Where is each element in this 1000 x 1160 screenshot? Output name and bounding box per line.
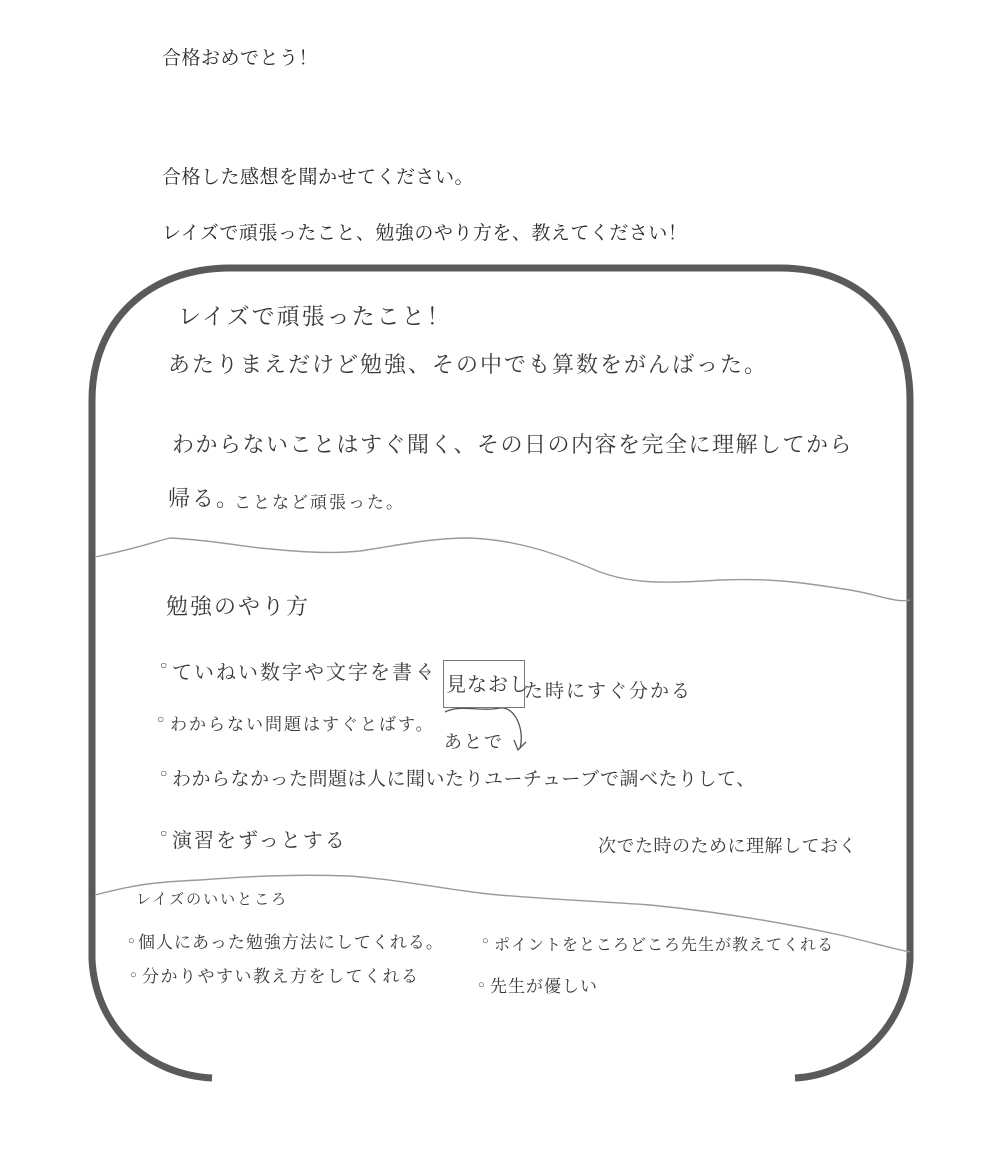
method-item-4-text: 演習をずっとする: [172, 824, 347, 853]
effort-line-3: 帰る。: [168, 482, 240, 513]
method-item-2-note: あとで: [444, 728, 504, 754]
method-heading: 勉強のやり方: [166, 590, 310, 621]
good-points-heading: レイズのいいところ: [136, 888, 288, 909]
method-item-1-boxed: 見なおし: [446, 668, 530, 697]
method-item-3-continuation: 次でた時のために理解しておく: [598, 832, 857, 858]
method-item-2-text: わからない問題はすぐとばす。: [170, 710, 435, 735]
bullet: ○: [130, 968, 139, 981]
effort-line-1: あたりまえだけど勉強、その中でも算数をがんばった。: [168, 348, 768, 379]
good-point-1-text: 個人にあった勉強方法にしてくれる。: [138, 928, 444, 953]
method-item-3-text: わからなかった問題は人に聞いたりユーチューブで調べたりして、: [172, 764, 756, 791]
arrow-icon: →: [418, 662, 433, 681]
method-item-1-text-b: た時にすぐ分かる: [524, 676, 692, 703]
method-item-1-text: ていねい数字や文字を書く: [172, 656, 436, 685]
effort-line-2: わからないことはすぐ聞く、その日の内容を完全に理解してから: [172, 428, 853, 459]
effort-heading: レイズで頑張ったこと！: [178, 298, 452, 331]
good-point-2-text: ポイントをところどころ先生が教えてくれる: [494, 932, 834, 955]
bullet: ○: [478, 978, 487, 991]
bullet: ○: [157, 712, 166, 726]
bullet: ○: [128, 934, 137, 947]
bullet: ○: [160, 658, 169, 672]
annotation-arrowhead: [514, 740, 526, 750]
bullet: ○: [160, 826, 169, 840]
effort-line-4: ことなど頑張った。: [234, 488, 405, 513]
good-point-3-text: 分かりやすい教え方をしてくれる: [142, 962, 420, 987]
bullet: ○: [160, 766, 169, 780]
bullet: ○: [482, 934, 491, 947]
good-point-4-text: 先生が優しい: [490, 972, 598, 997]
